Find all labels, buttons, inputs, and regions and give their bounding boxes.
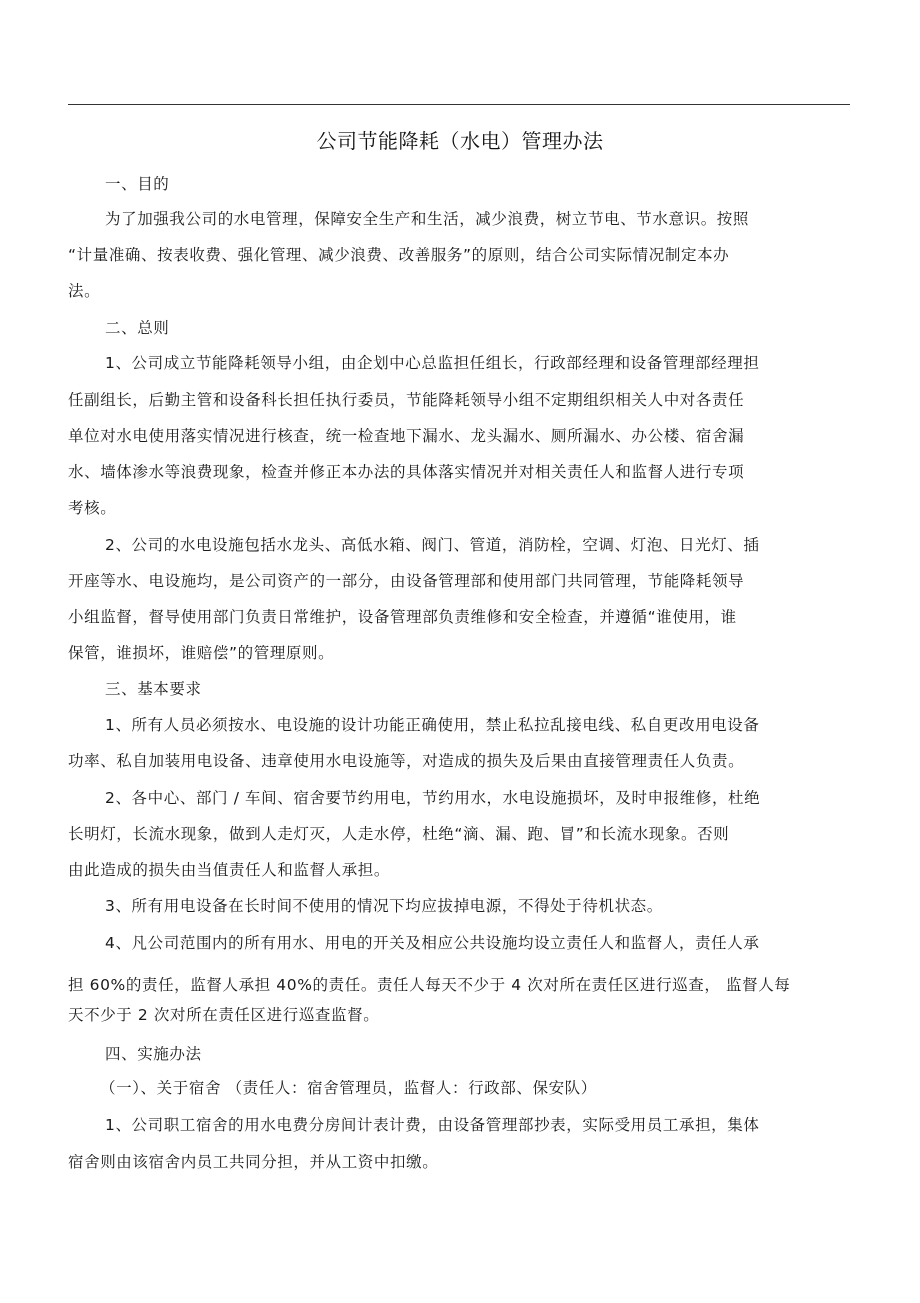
text-line: 保管，谁损坏，谁赔偿”的管理原则。 bbox=[68, 641, 334, 663]
text-line: 2、各中心、部门 / 车间、宿舍要节约用电，节约用水，水电设施损坏，及时申报维修… bbox=[105, 786, 760, 808]
text-line: 开座等水、电设施均，是公司资产的一部分，由设备管理部和使用部门共同管理，节能降耗… bbox=[68, 569, 744, 591]
text-line: 三、基本要求 bbox=[105, 677, 202, 699]
text-line: 考核。 bbox=[68, 496, 116, 518]
document-title: 公司节能降耗（水电）管理办法 bbox=[0, 125, 920, 154]
text-line: 二、总则 bbox=[105, 316, 169, 338]
text-line: 任副组长，后勤主管和设备科长担任执行委员，节能降耗领导小组不定期组织相关人中对各… bbox=[68, 388, 744, 410]
text-line: 2、公司的水电设施包括水龙头、高低水箱、阀门、管道，消防栓，空调、灯泡、日光灯、… bbox=[105, 533, 759, 555]
text-line: 担 60%的责任，监督人承担 40%的责任。责任人每天不少于 4 次对所在责任区… bbox=[68, 973, 790, 995]
text-line: （一）、关于宿舍 （责任人：宿舍管理员，监督人：行政部、保安队） bbox=[100, 1076, 597, 1098]
text-line: 为了加强我公司的水电管理，保障安全生产和生活，减少浪费，树立节电、节水意识。按照 bbox=[105, 207, 749, 229]
text-line: 3、所有用电设备在长时间不使用的情况下均应拔掉电源，不得处于待机状态。 bbox=[105, 894, 663, 916]
text-line: 1、所有人员必须按水、电设施的设计功能正确使用，禁止私拉乱接电线、私自更改用电设… bbox=[105, 713, 759, 735]
text-line: 长明灯，长流水现象，做到人走灯灭，人走水停，杜绝“滴、漏、跑、冒”和长流水现象。… bbox=[68, 822, 729, 844]
header-rule bbox=[68, 104, 850, 105]
text-line: “计量准确、按表收费、强化管理、减少浪费、改善服务”的原则，结合公司实际情况制定… bbox=[68, 243, 729, 265]
text-line: 功率、私自加装用电设备、违章使用水电设施等，对造成的损失及后果由直接管理责任人负… bbox=[68, 749, 744, 771]
text-line: 四、实施办法 bbox=[105, 1042, 202, 1064]
text-line: 天不少于 2 次对所在责任区进行巡查监督。 bbox=[68, 1003, 379, 1025]
text-line: 法。 bbox=[68, 279, 100, 301]
text-line: 一、目的 bbox=[105, 172, 169, 194]
text-line: 单位对水电使用落实情况进行核查，统一检查地下漏水、龙头漏水、厕所漏水、办公楼、宿… bbox=[68, 424, 744, 446]
text-line: 水、墙体渗水等浪费现象，检查并修正本办法的具体落实情况并对相关责任人和监督人进行… bbox=[68, 460, 744, 482]
text-line: 由此造成的损失由当值责任人和监督人承担。 bbox=[68, 858, 390, 880]
text-line: 4、凡公司范围内的所有用水、用电的开关及相应公共设施均设立责任人和监督人，责任人… bbox=[105, 931, 759, 953]
text-line: 1、公司职工宿舍的用水电费分房间计表计费，由设备管理部抄表，实际受用员工承担，集… bbox=[105, 1113, 759, 1135]
text-line: 1、公司成立节能降耗领导小组，由企划中心总监担任组长，行政部经理和设备管理部经理… bbox=[105, 351, 759, 373]
text-line: 小组监督，督导使用部门负责日常维护，设备管理部负责维修和安全检查，并遵循“谁使用… bbox=[68, 605, 737, 627]
text-line: 宿舍则由该宿舍内员工共同分担，并从工资中扣缴。 bbox=[68, 1150, 438, 1172]
